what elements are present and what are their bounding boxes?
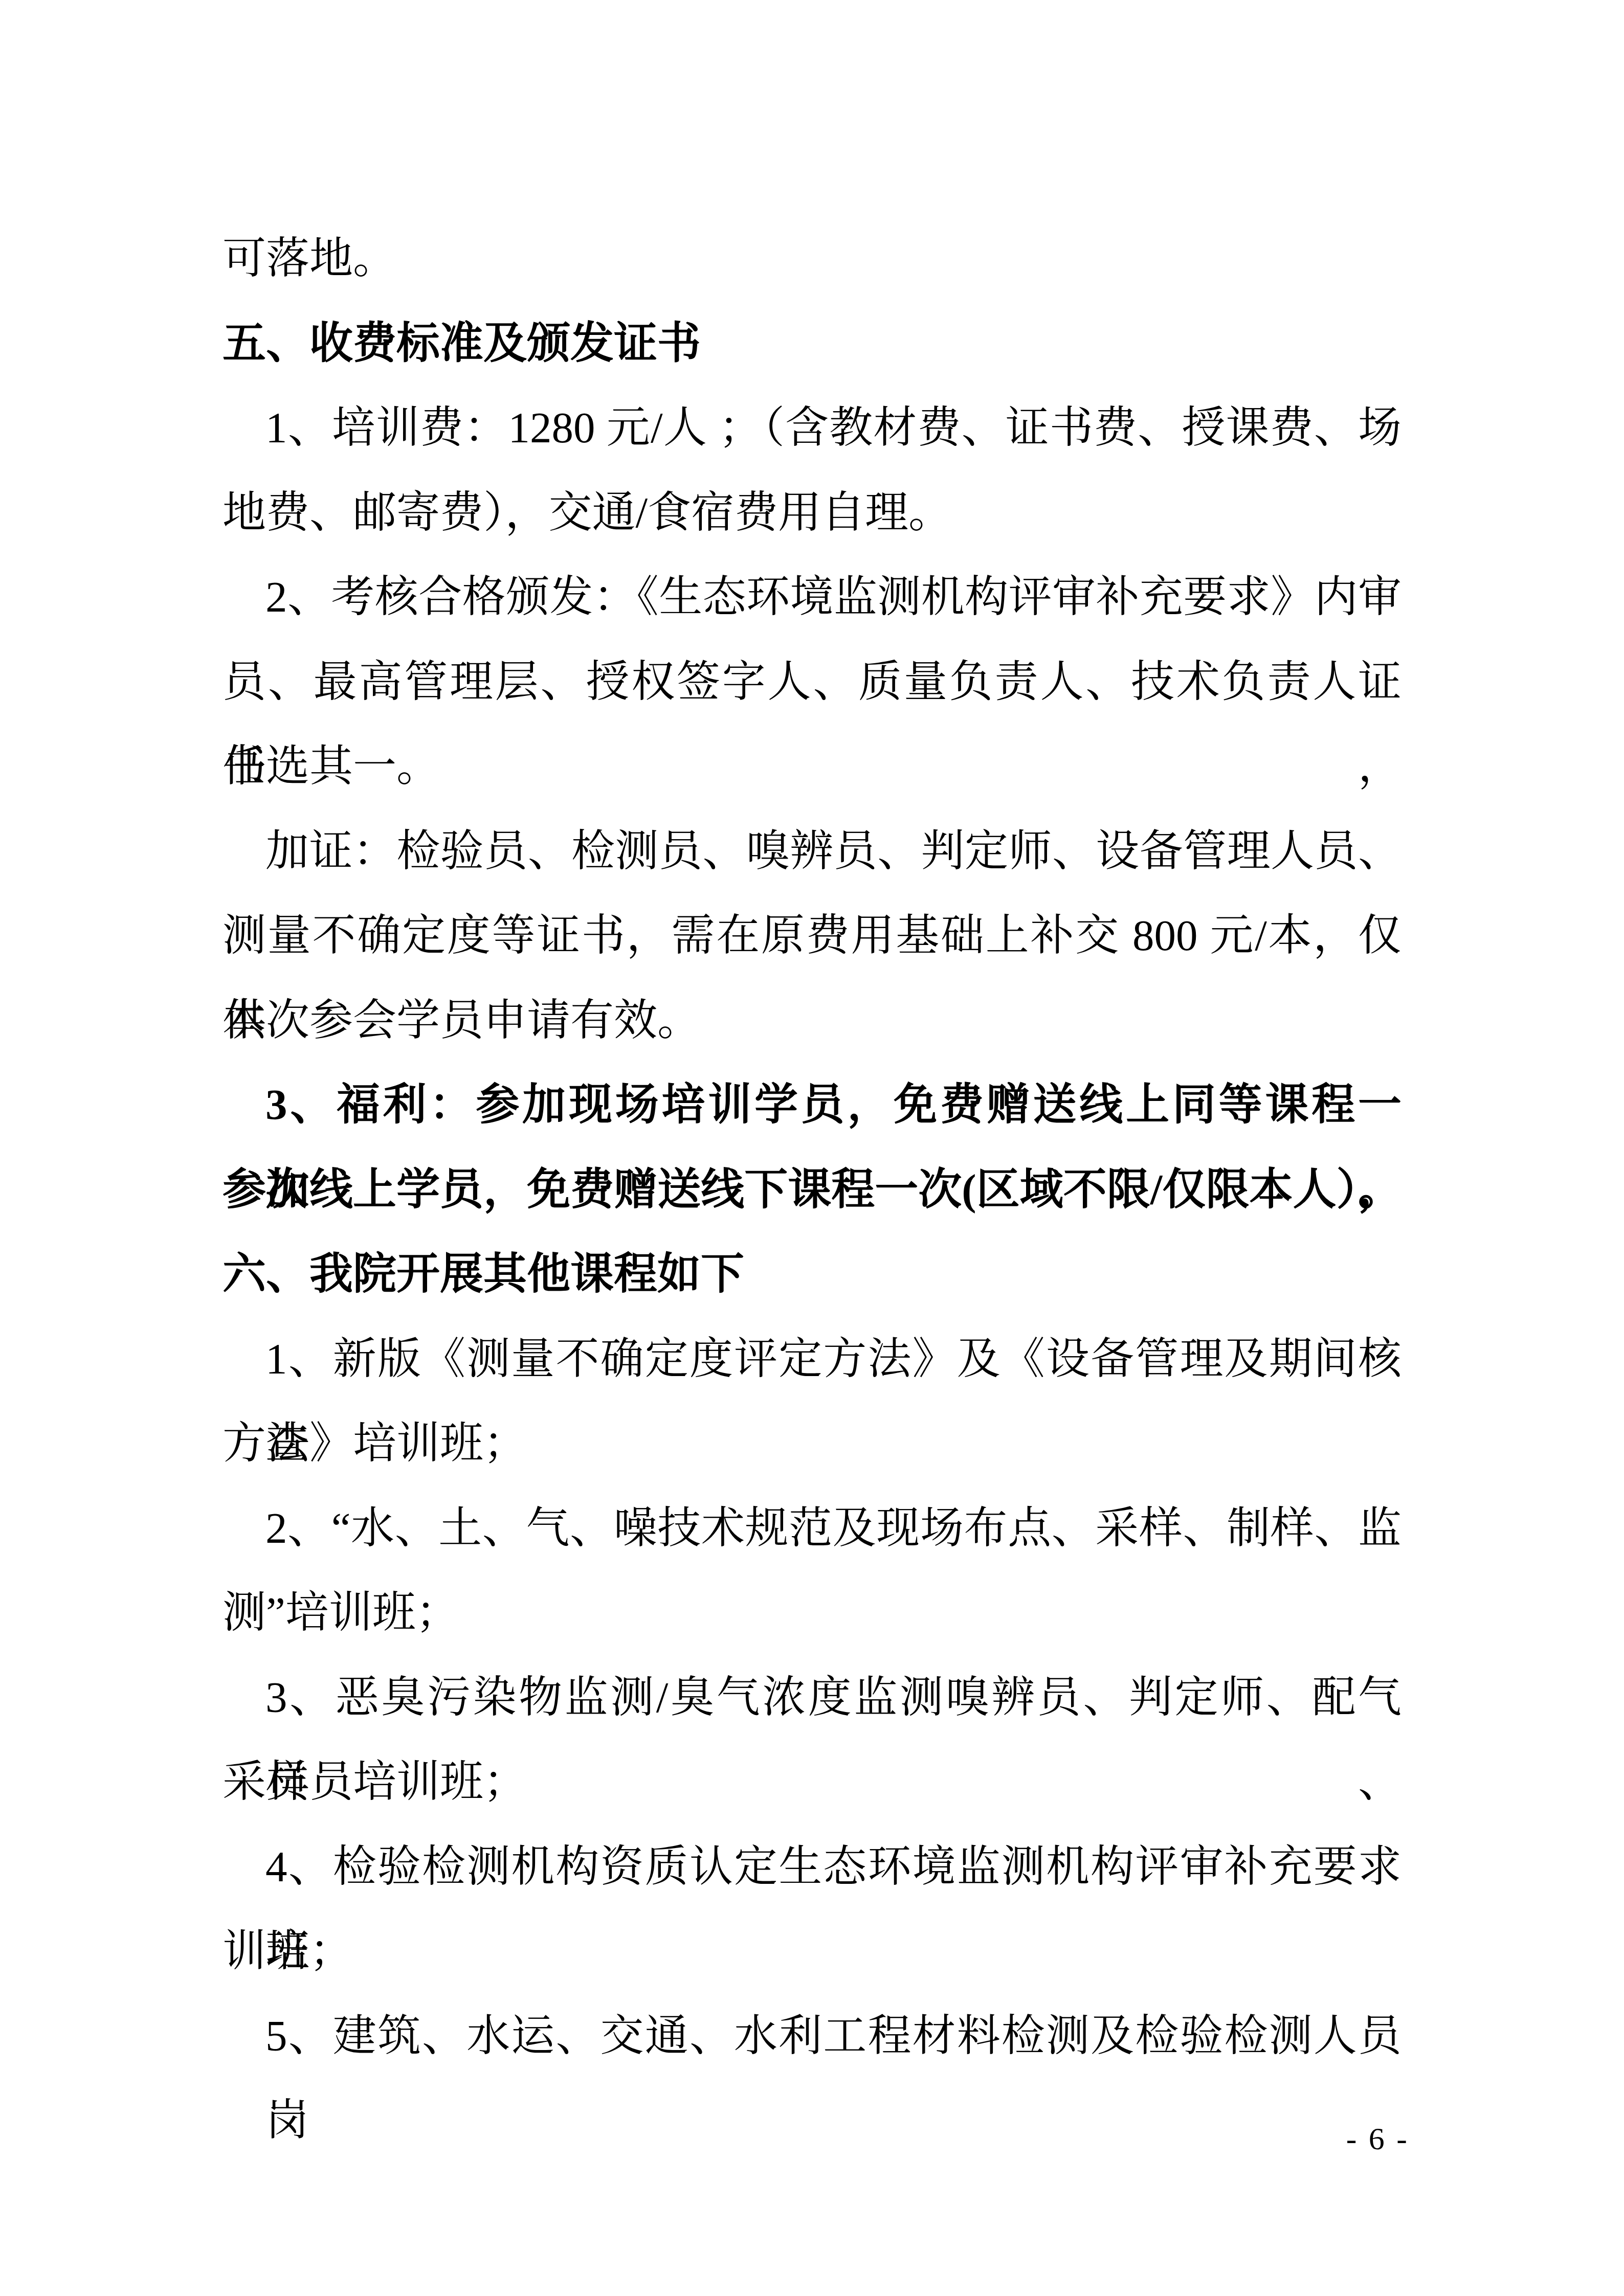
text-line: 参加线上学员，免费赠送线下课程一次(区域不限/仅限本人）。 — [223, 1148, 1401, 1233]
text-line: 测量不确定度等证书，需在原费用基础上补交 800 元/本，仅供 — [223, 894, 1401, 979]
text-line: 3、恶臭污染物监测/臭气浓度监测嗅辨员、判定师、配气员、 — [223, 1656, 1401, 1741]
text-line: 1、新版《测量不确定度评定方法》及《设备管理及期间核查 — [223, 1317, 1401, 1402]
text-line: 加证：检验员、检测员、嗅辨员、判定师、设备管理人员、 — [223, 809, 1401, 894]
text-line: 4、检验检测机构资质认定生态环境监测机构评审补充要求培 — [223, 1825, 1401, 1910]
text-line: 1、培训费：1280 元/人 ；（含教材费、证书费、授课费、场 — [223, 386, 1401, 471]
text-line: 可落地。 — [223, 217, 1401, 302]
text-line: 3、福利：参加现场培训学员，免费赠送线上同等课程一次， — [223, 1063, 1401, 1148]
text-line: 地费、邮寄费），交通/食宿费用自理。 — [223, 471, 1401, 556]
text-line: 方法》培训班； — [223, 1402, 1401, 1487]
text-line: 训班； — [223, 1909, 1401, 1994]
page-number: - 6 - — [1346, 2121, 1409, 2157]
text-line: 员、最高管理层、授权签字人、质量负责人、技术负责人证书， — [223, 640, 1401, 725]
text-line: 2、“水、土、气、噪技术规范及现场布点、采样、制样、监 — [223, 1487, 1401, 1571]
section-heading: 五、收费标准及颁发证书 — [223, 302, 1401, 387]
document-body: 可落地。 五、收费标准及颁发证书 1、培训费：1280 元/人 ；（含教材费、证… — [223, 217, 1401, 2079]
text-line: 2、考核合格颁发：《生态环境监测机构评审补充要求》内审 — [223, 555, 1401, 640]
text-line: 测”培训班； — [223, 1571, 1401, 1656]
section-heading: 六、我院开展其他课程如下 — [223, 1232, 1401, 1317]
text-line: 5、建筑、水运、交通、水利工程材料检测及检验检测人员岗 — [223, 1994, 1401, 2079]
document-page: 可落地。 五、收费标准及颁发证书 1、培训费：1280 元/人 ；（含教材费、证… — [0, 0, 1624, 2296]
text-line: 本次参会学员申请有效。 — [223, 979, 1401, 1064]
